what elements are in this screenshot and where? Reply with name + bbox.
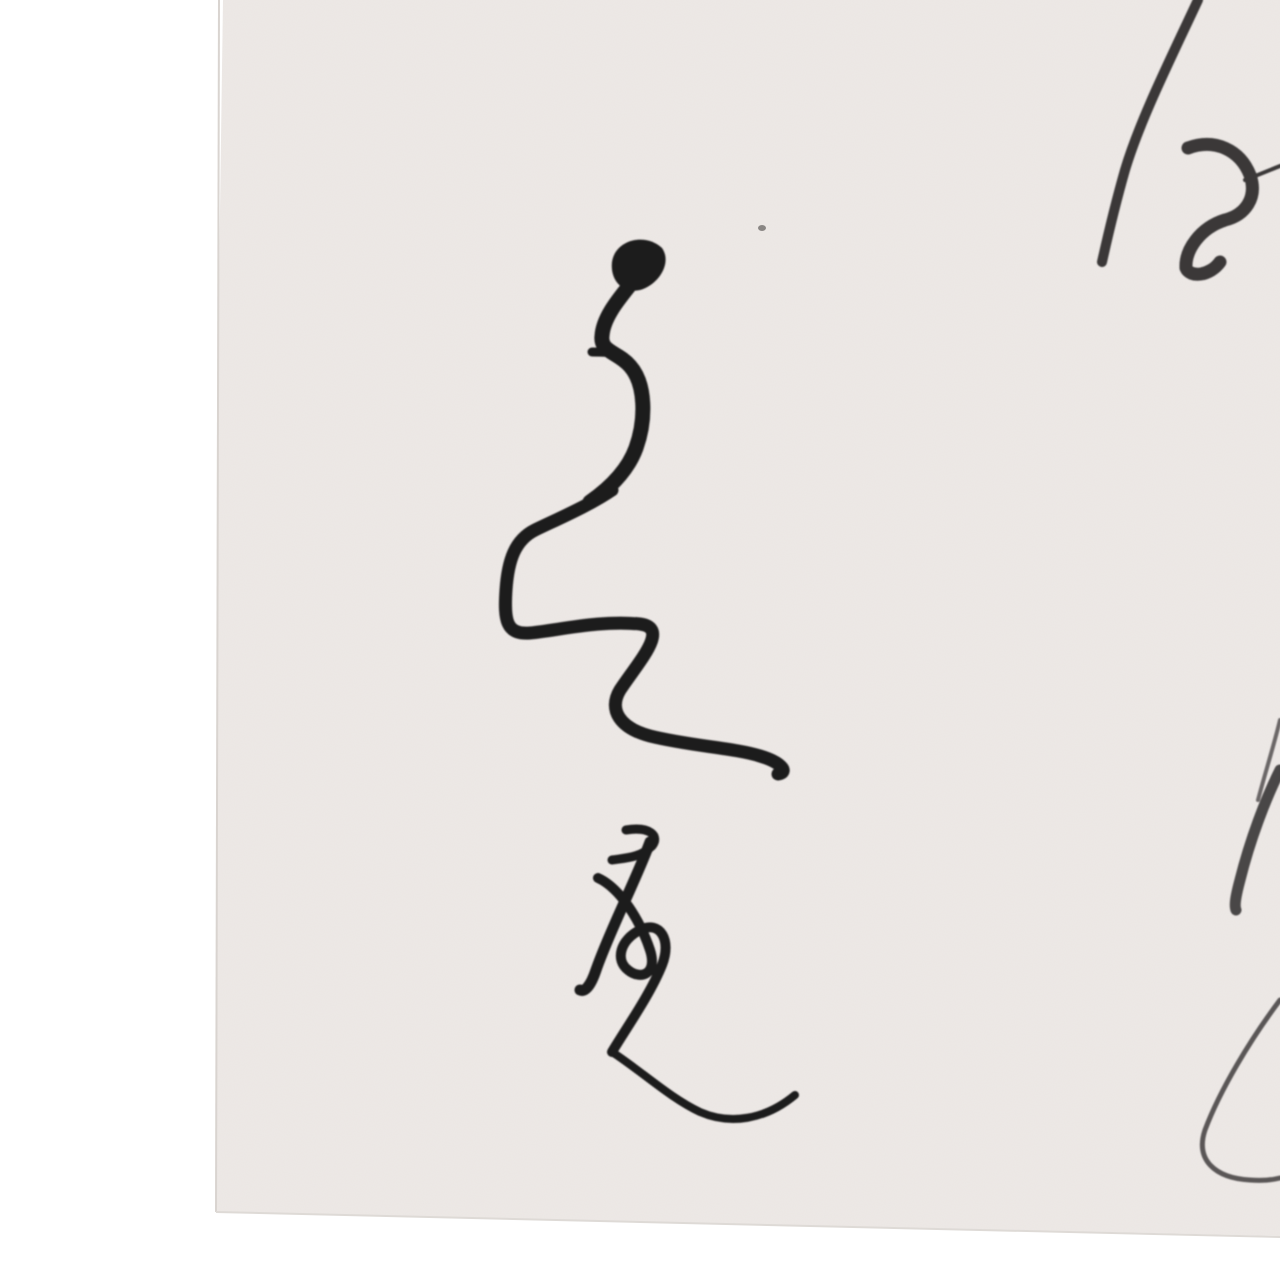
brush-stroke-1-tail [592, 352, 620, 354]
calligraphy-photo [0, 0, 1280, 1280]
ink-speck [758, 225, 766, 231]
